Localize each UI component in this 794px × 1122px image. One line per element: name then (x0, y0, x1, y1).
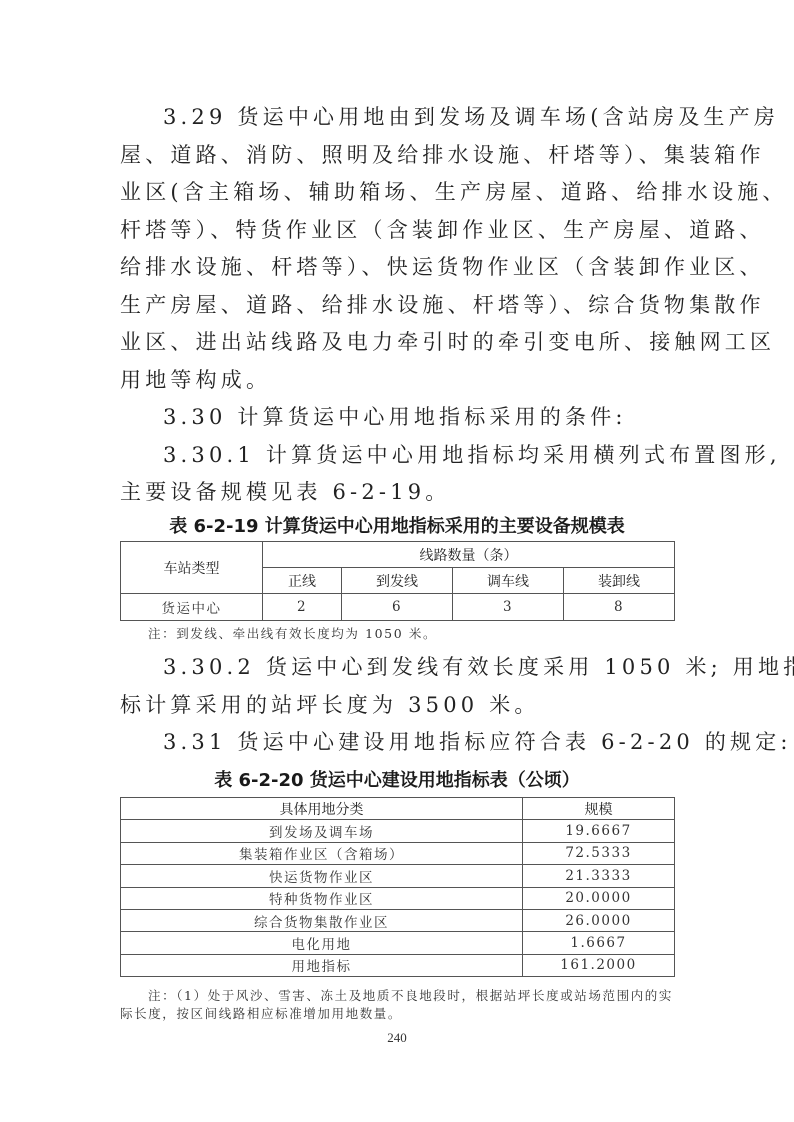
header-station-type: 车站类型 (121, 542, 263, 594)
table-row: 货运中心 2 6 3 8 (121, 594, 675, 621)
header-main-line: 正线 (263, 568, 342, 594)
table-6-2-19-caption: 表 6-2-19 计算货运中心用地指标采用的主要设备规模表 (120, 516, 674, 538)
table-row: 用地指标 161.2000 (121, 954, 675, 976)
header-line-count: 线路数量（条） (263, 542, 675, 568)
cell-value: 3 (453, 594, 564, 621)
table-6-2-19: 车站类型 线路数量（条） 正线 到发线 调车线 装卸线 货运中心 2 6 3 8 (120, 541, 675, 621)
paragraph-3-30: 3.30 计算货运中心用地指标采用的条件: (163, 404, 676, 430)
cell-value: 20.0000 (523, 887, 675, 909)
header-shunting-line: 调车线 (453, 568, 564, 594)
header-scale: 规模 (523, 798, 675, 820)
text-line: 屋、道路、消防、照明及给排水设施、杆塔等）、集装箱作 (120, 142, 676, 168)
cell-value: 26.0000 (523, 909, 675, 931)
cell-value: 21.3333 (523, 865, 675, 887)
cell-category: 集装箱作业区（含箱场） (121, 842, 523, 864)
text-line: 杆塔等）、特货作业区（含装卸作业区、生产房屋、道路、 (120, 217, 676, 243)
document-page: 3.29 货运中心用地由到发场及调车场(含站房及生产房 屋、道路、消防、照明及给… (0, 0, 794, 1122)
table-6-2-19-note: 注：到发线、牵出线有效长度均为 1050 米。 (148, 626, 437, 642)
cell-category: 综合货物集散作业区 (121, 909, 523, 931)
cell-category: 电化用地 (121, 932, 523, 954)
text-line: 主要设备规模见表 6-2-19。 (120, 479, 676, 505)
table-row: 到发场及调车场 19.6667 (121, 820, 675, 842)
page-number: 240 (0, 1030, 794, 1046)
table-row: 电化用地 1.6667 (121, 932, 675, 954)
text-line: 3.29 货运中心用地由到发场及调车场(含站房及生产房 (163, 104, 676, 130)
table-6-2-20-note-line-1: 注：（1）处于风沙、雪害、冻土及地质不良地段时，根据站坪长度或站场范围内的实 (148, 988, 673, 1004)
text-line: 3.30.2 货运中心到发线有效长度采用 1050 米; 用地指 (163, 654, 676, 680)
cell-category: 用地指标 (121, 954, 523, 976)
cell-value: 2 (263, 594, 342, 621)
cell-value: 161.2000 (523, 954, 675, 976)
text-line: 业区、进出站线路及电力牵引时的牵引变电所、接触网工区 (120, 329, 676, 355)
paragraph-3-31: 3.31 货运中心建设用地指标应符合表 6-2-20 的规定: (163, 729, 676, 755)
cell-value: 1.6667 (523, 932, 675, 954)
cell-value: 8 (564, 594, 675, 621)
cell-value: 72.5333 (523, 842, 675, 864)
text-line: 业区(含主箱场、辅助箱场、生产房屋、道路、给排水设施、 (120, 179, 676, 205)
text-line: 用地等构成。 (120, 367, 676, 393)
cell-category: 快运货物作业区 (121, 865, 523, 887)
table-6-2-20: 具体用地分类 规模 到发场及调车场 19.6667 集装箱作业区（含箱场） 72… (120, 797, 675, 977)
header-land-category: 具体用地分类 (121, 798, 523, 820)
table-row: 集装箱作业区（含箱场） 72.5333 (121, 842, 675, 864)
table-row: 快运货物作业区 21.3333 (121, 865, 675, 887)
header-loading-line: 装卸线 (564, 568, 675, 594)
cell-station-type: 货运中心 (121, 594, 263, 621)
table-row: 综合货物集散作业区 26.0000 (121, 909, 675, 931)
text-line: 生产房屋、道路、给排水设施、杆塔等）、综合货物集散作 (120, 292, 676, 318)
cell-category: 到发场及调车场 (121, 820, 523, 842)
table-6-2-20-caption: 表 6-2-20 货运中心建设用地指标表（公顷） (120, 770, 674, 792)
text-line: 3.30.1 计算货运中心用地指标均采用横列式布置图形, (163, 442, 676, 468)
table-row: 特种货物作业区 20.0000 (121, 887, 675, 909)
table-6-2-20-note-line-2: 际长度，按区间线路相应标准增加用地数量。 (120, 1006, 402, 1022)
text-line: 给排水设施、杆塔等）、快运货物作业区（含装卸作业区、 (120, 254, 676, 280)
text-line: 标计算采用的站坪长度为 3500 米。 (120, 692, 676, 718)
header-arrival-departure-line: 到发线 (342, 568, 453, 594)
cell-value: 19.6667 (523, 820, 675, 842)
cell-category: 特种货物作业区 (121, 887, 523, 909)
cell-value: 6 (342, 594, 453, 621)
